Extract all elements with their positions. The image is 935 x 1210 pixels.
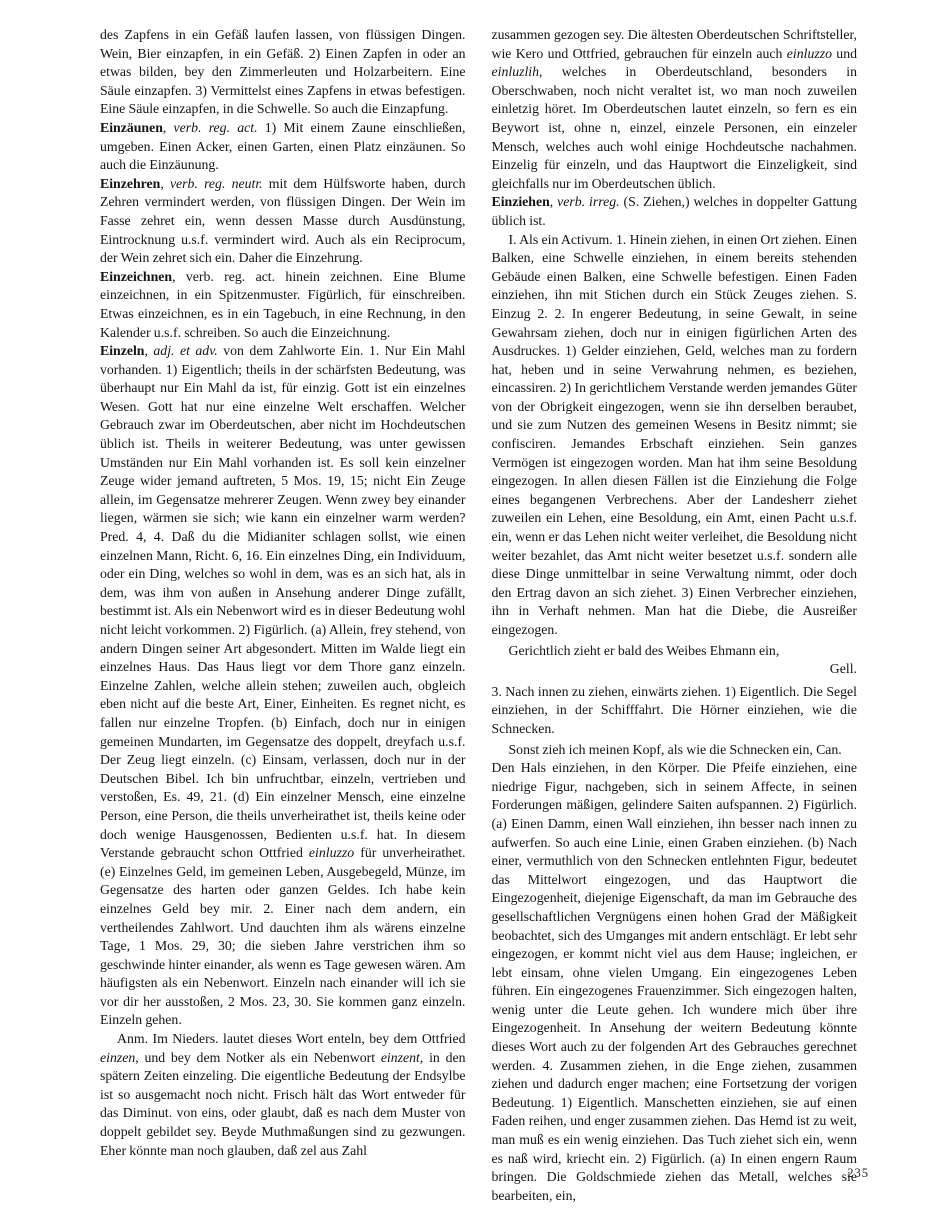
page-number: 235	[847, 1166, 869, 1181]
paragraph: Einzeichnen, verb. reg. act. hinein zeic…	[100, 268, 466, 342]
paragraph: Anm. Im Nieders. lautet dieses Wort ente…	[100, 1030, 466, 1160]
paragraph: Einziehen, verb. irreg. (S. Ziehen,) wel…	[492, 193, 858, 230]
text-columns: des Zapfens in ein Gefäß laufen lassen, …	[100, 26, 857, 1205]
paragraph: zusammen gezogen sey. Die ältesten Oberd…	[492, 26, 858, 193]
paragraph: Einzäunen, verb. reg. act. 1) Mit einem …	[100, 119, 466, 175]
left-column: des Zapfens in ein Gefäß laufen lassen, …	[100, 26, 466, 1205]
paragraph: Gerichtlich zieht er bald des Weibes Ehm…	[492, 642, 858, 661]
dictionary-page: des Zapfens in ein Gefäß laufen lassen, …	[0, 0, 935, 1210]
paragraph: des Zapfens in ein Gefäß laufen lassen, …	[100, 26, 466, 119]
right-column: zusammen gezogen sey. Die ältesten Oberd…	[492, 26, 858, 1205]
paragraph: Gell.	[492, 660, 858, 679]
paragraph: Einzehren, verb. reg. neutr. mit dem Hül…	[100, 175, 466, 268]
paragraph: Den Hals einziehen, in den Körper. Die P…	[492, 759, 858, 1205]
paragraph: Einzeln, adj. et adv. von dem Zahlworte …	[100, 342, 466, 1030]
paragraph: I. Als ein Activum. 1. Hinein ziehen, in…	[492, 231, 858, 640]
paragraph: Sonst zieh ich meinen Kopf, als wie die …	[492, 741, 858, 760]
paragraph: 3. Nach innen zu ziehen, einwärts ziehen…	[492, 683, 858, 739]
